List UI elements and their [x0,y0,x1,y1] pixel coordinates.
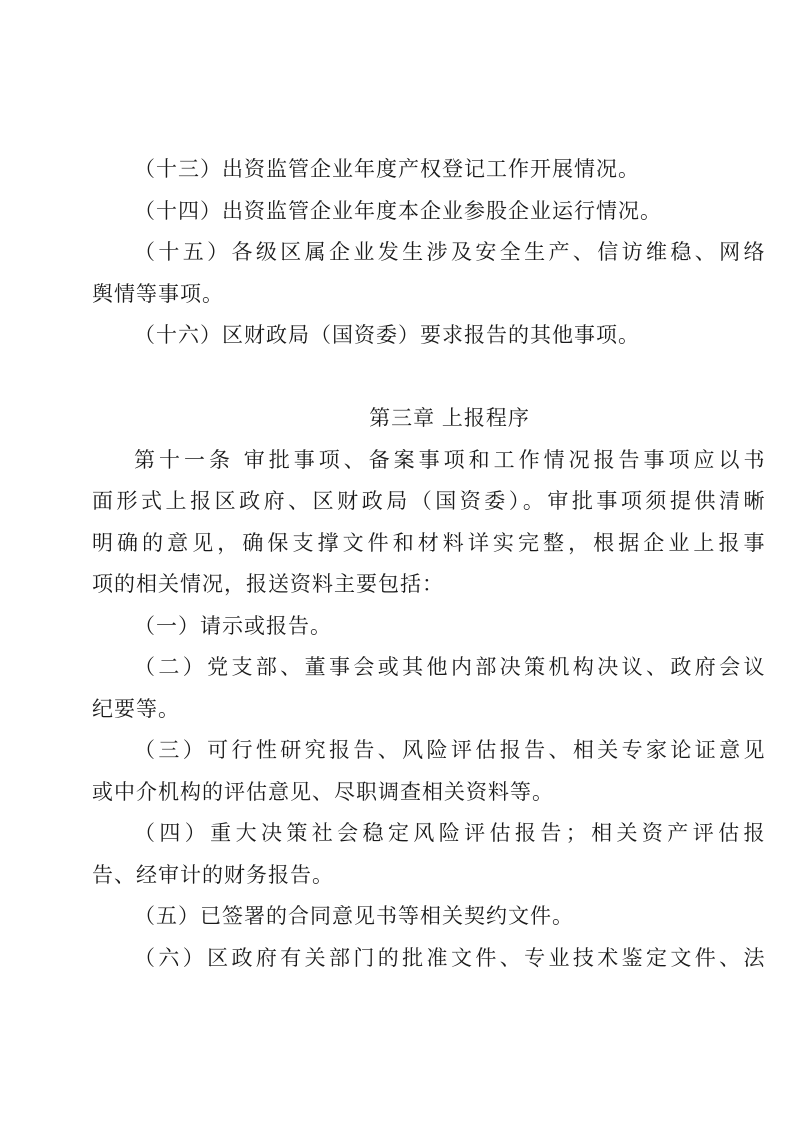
document-page: （十三）出资监管企业年度产权登记工作开展情况。 （十四）出资监管企业年度本企业参… [0,0,793,1122]
text-line-item-2: （二）党支部、董事会或其他内部决策机构决议、政府会议 [92,647,765,689]
blank-line [92,357,765,399]
text-line-item-14: （十四）出资监管企业年度本企业参股企业运行情况。 [92,191,765,233]
text-line-item-1: （一）请示或报告。 [92,606,765,648]
text-line-item-15-cont: 舆情等事项。 [92,274,765,316]
text-line-article-11-c2: 明确的意见，确保支撑文件和材料详实完整，根据企业上报事 [92,523,765,565]
text-line-item-6: （六）区政府有关部门的批准文件、专业技术鉴定文件、法 [92,938,765,980]
text-line-item-13: （十三）出资监管企业年度产权登记工作开展情况。 [92,149,765,191]
text-line-item-5: （五）已签署的合同意见书等相关契约文件。 [92,896,765,938]
text-line-item-3: （三）可行性研究报告、风险评估报告、相关专家论证意见 [92,730,765,772]
text-line-item-3-cont: 或中介机构的评估意见、尽职调查相关资料等。 [92,772,765,814]
text-line-item-15: （十五）各级区属企业发生涉及安全生产、信访维稳、网络 [92,232,765,274]
text-line-article-11: 第十一条 审批事项、备案事项和工作情况报告事项应以书 [92,440,765,482]
text-line-article-11-c1: 面形式上报区政府、区财政局（国资委）。审批事项须提供清晰 [92,481,765,523]
text-line-item-2-cont: 纪要等。 [92,689,765,731]
text-line-item-16: （十六）区财政局（国资委）要求报告的其他事项。 [92,315,765,357]
text-line-item-4-cont: 告、经审计的财务报告。 [92,855,765,897]
text-line-item-4: （四）重大决策社会稳定风险评估报告；相关资产评估报 [92,813,765,855]
chapter-heading: 第三章 上报程序 [92,398,765,440]
text-line-article-11-c3: 项的相关情况，报送资料主要包括： [92,564,765,606]
